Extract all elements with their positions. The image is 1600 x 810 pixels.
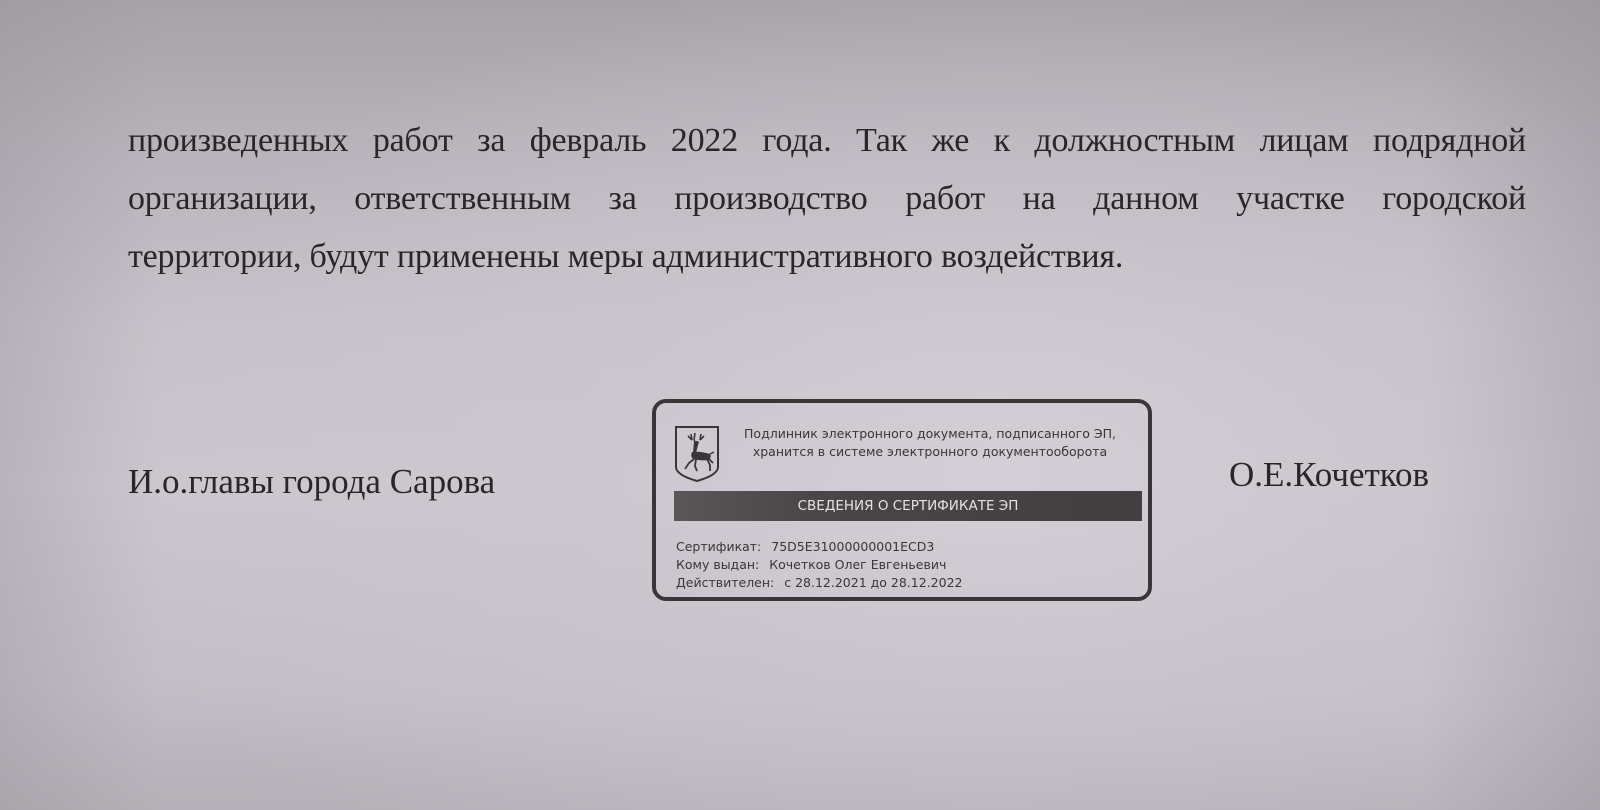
certificate-label: Сертификат: <box>676 539 761 554</box>
paragraph-line-2: организации, ответственным за производст… <box>128 170 1526 228</box>
validity-value: с 28.12.2021 до 28.12.2022 <box>784 575 962 590</box>
issued-to-value: Кочетков Олег Евгеньевич <box>769 557 946 572</box>
electronic-signature-stamp: Подлинник электронного документа, подпис… <box>652 399 1152 601</box>
paragraph-line-3: территории, будут применены меры админис… <box>128 228 1526 286</box>
signer-name: О.Е.Кочетков <box>1229 455 1429 495</box>
document-paragraph: произведенных работ за февраль 2022 года… <box>128 112 1526 286</box>
issued-to-row: Кому выдан: Кочетков Олег Евгеньевич <box>676 556 962 574</box>
stamp-header-line-1: Подлинник электронного документа, подпис… <box>720 425 1140 443</box>
coat-of-arms-deer-icon <box>674 425 720 483</box>
certificate-row: Сертификат: 75D5E31000000001ECD3 <box>676 538 962 556</box>
stamp-header-line-2: хранится в системе электронного документ… <box>720 443 1140 461</box>
stamp-section-title: СВЕДЕНИЯ О СЕРТИФИКАТЕ ЭП <box>674 491 1142 521</box>
certificate-value: 75D5E31000000001ECD3 <box>771 539 934 554</box>
issued-to-label: Кому выдан: <box>676 557 759 572</box>
stamp-header: Подлинник электронного документа, подпис… <box>720 425 1140 461</box>
signer-position-title: И.о.главы города Сарова <box>128 462 495 502</box>
certificate-details: Сертификат: 75D5E31000000001ECD3 Кому вы… <box>676 538 962 592</box>
paragraph-line-1: произведенных работ за февраль 2022 года… <box>128 112 1526 170</box>
validity-row: Действителен: с 28.12.2021 до 28.12.2022 <box>676 574 962 592</box>
validity-label: Действителен: <box>676 575 774 590</box>
